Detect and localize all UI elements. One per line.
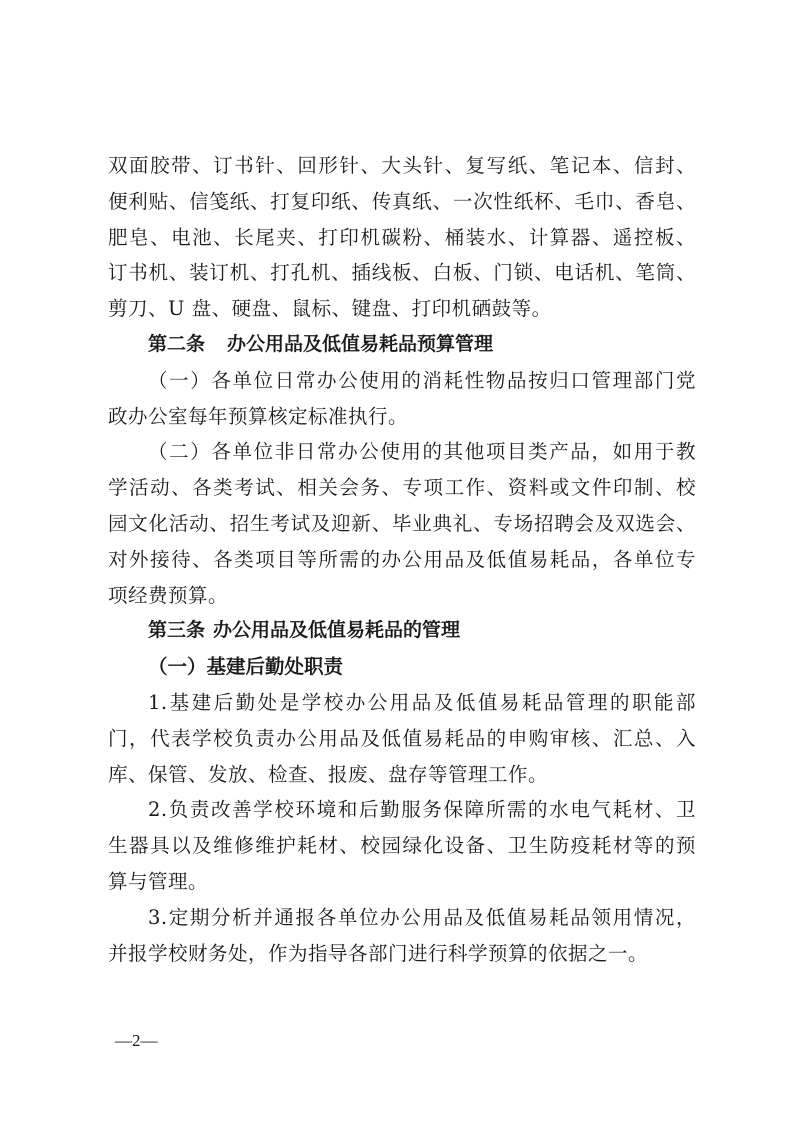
article-2-heading: 第二条办公用品及低值易耗品预算管理: [108, 327, 696, 363]
body-text-line: 项经费预算。: [108, 578, 696, 614]
body-text-line: 库、保管、发放、检查、报废、盘存等管理工作。: [108, 757, 696, 793]
body-text-line: （二）各单位非日常办公使用的其他项目类产品，如用于教: [108, 434, 696, 470]
body-text-line: 政办公室每年预算核定标准执行。: [108, 399, 696, 435]
body-text-line: 园文化活动、招生考试及迎新、毕业典礼、专场招聘会及双选会、: [108, 506, 696, 542]
article-number: 第二条: [148, 333, 205, 355]
article-3-heading: 第三条办公用品及低值易耗品的管理: [108, 613, 696, 649]
body-text-line: 2.负责改善学校环境和后勤服务保障所需的水电气耗材、卫: [108, 792, 696, 828]
body-text-line: 剪刀、U 盘、硬盘、鼠标、键盘、打印机硒鼓等。: [108, 291, 696, 327]
body-text-line: 对外接待、各类项目等所需的办公用品及低值易耗品，各单位专: [108, 542, 696, 578]
body-text-line: 生器具以及维修维护耗材、校园绿化设备、卫生防疫耗材等的预: [108, 828, 696, 864]
body-text-line: 订书机、装订机、打孔机、插线板、白板、门锁、电话机、笔筒、: [108, 255, 696, 291]
body-text-line: 双面胶带、订书针、回形针、大头针、复写纸、笔记本、信封、: [108, 148, 696, 184]
page-number: —2—: [115, 1031, 158, 1051]
document-page: 双面胶带、订书针、回形针、大头针、复写纸、笔记本、信封、 便利贴、信笺纸、打复印…: [108, 148, 696, 971]
body-text-line: 门，代表学校负责办公用品及低值易耗品的申购审核、汇总、入: [108, 721, 696, 757]
body-text-line: 学活动、各类考试、相关会务、专项工作、资料或文件印制、校: [108, 470, 696, 506]
body-text-line: （一）各单位日常办公使用的消耗性物品按归口管理部门党: [108, 363, 696, 399]
body-text-line: 3.定期分析并通报各单位办公用品及低值易耗品领用情况，: [108, 900, 696, 936]
body-text-line: 并报学校财务处，作为指导各部门进行科学预算的依据之一。: [108, 936, 696, 972]
body-text-line: 肥皂、电池、长尾夹、打印机碳粉、桶装水、计算器、遥控板、: [108, 220, 696, 256]
body-text-line: 1.基建后勤处是学校办公用品及低值易耗品管理的职能部: [108, 685, 696, 721]
body-text-line: 便利贴、信笺纸、打复印纸、传真纸、一次性纸杯、毛巾、香皂、: [108, 184, 696, 220]
article-title: 办公用品及低值易耗品的管理: [213, 619, 460, 641]
article-title: 办公用品及低值易耗品预算管理: [227, 333, 493, 355]
section-heading: （一）基建后勤处职责: [108, 649, 696, 685]
body-text-line: 算与管理。: [108, 864, 696, 900]
article-number: 第三条: [148, 619, 205, 641]
